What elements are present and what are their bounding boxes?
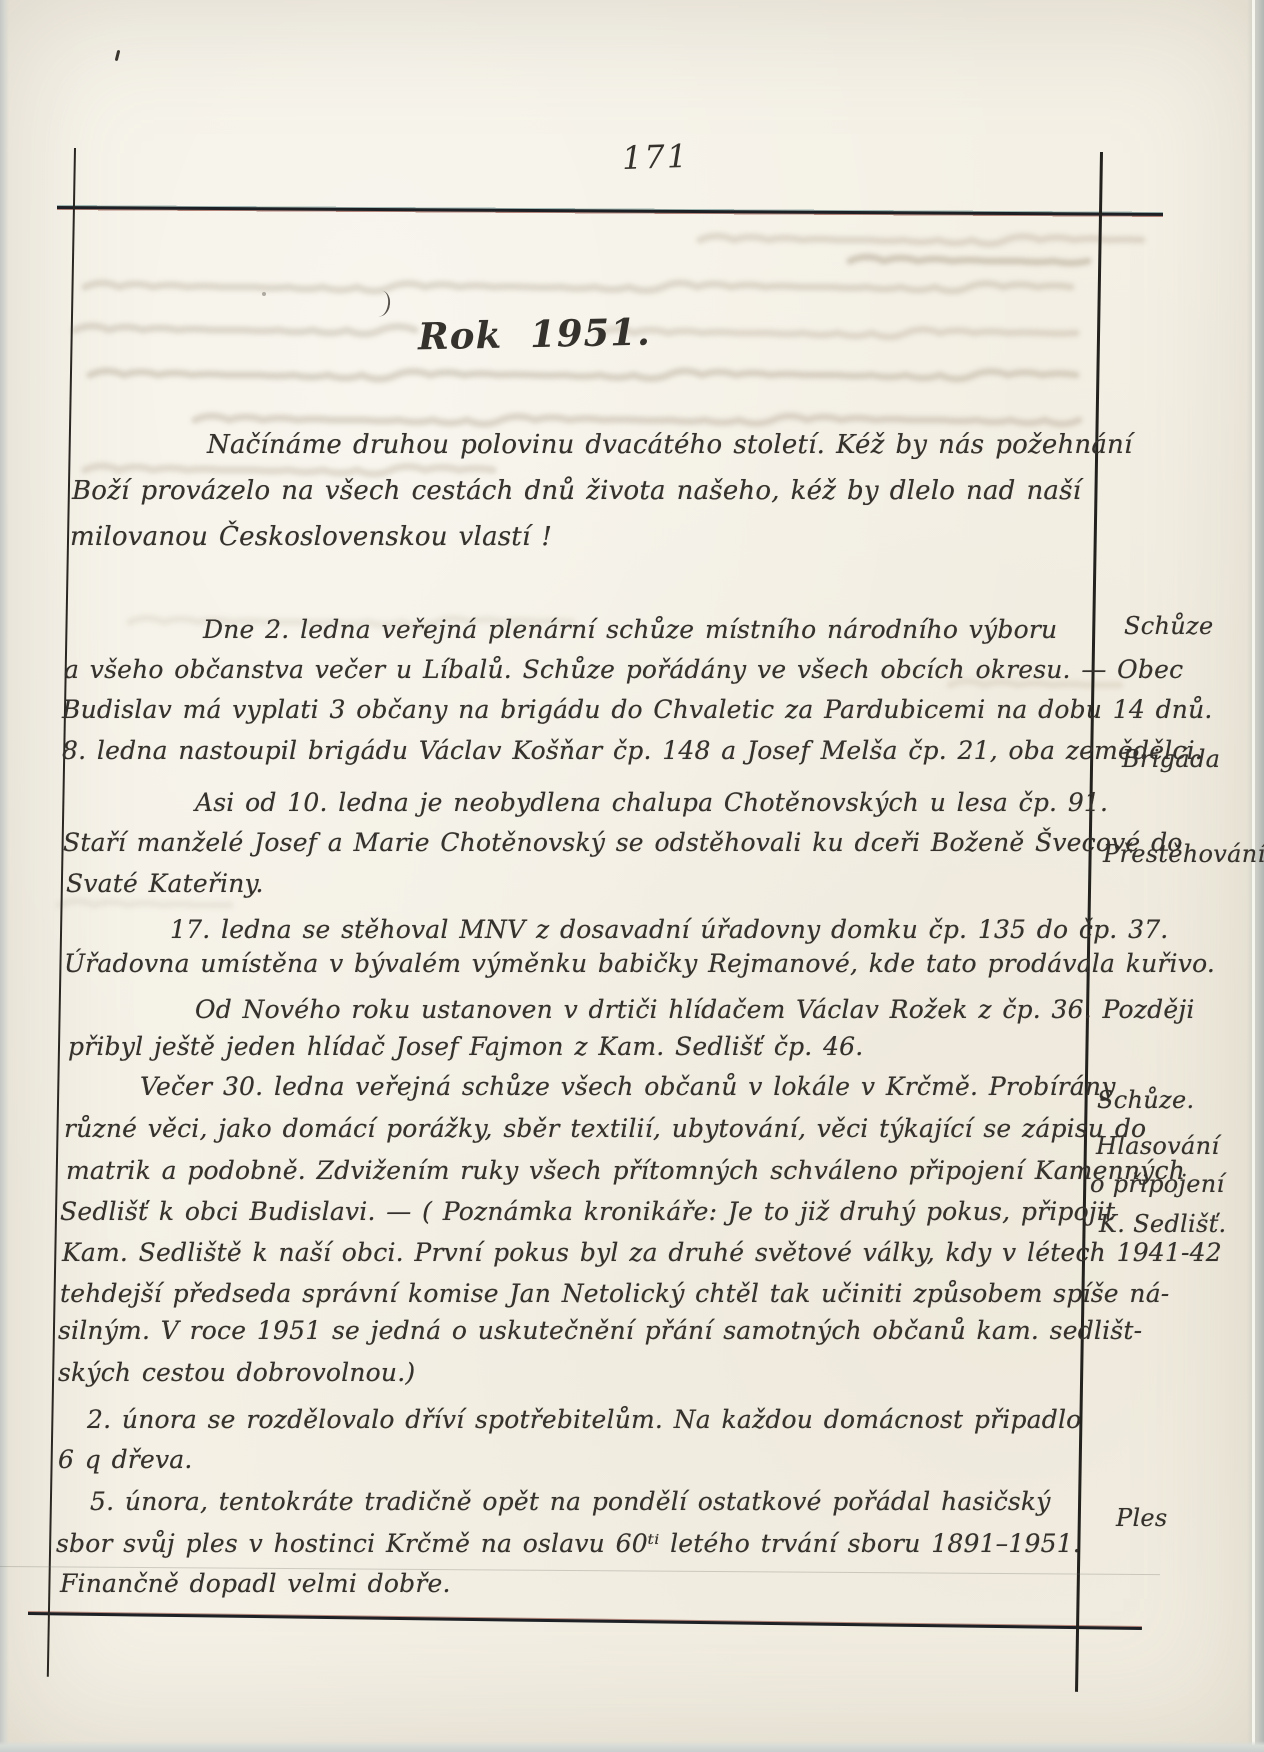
handwritten-line: 5. února, tentokráte tradičně opět na po… [90, 1487, 1051, 1517]
bleed-through-stroke [850, 257, 1088, 263]
frame-rule-bottom [28, 1612, 1142, 1630]
margin-note: Přestěhování [1103, 840, 1264, 868]
bleed-through-stroke [700, 236, 1142, 244]
scanned-chronicle-page: 171 Rok 1951. Načínáme druhou polovinu d… [0, 0, 1264, 1752]
stray-ink-mark [115, 50, 121, 61]
margin-note: Ples [1116, 1504, 1168, 1532]
handwritten-line: Staří manželé Josef a Marie Chotěnovský … [63, 828, 1183, 858]
margin-note: Schůze [1124, 612, 1213, 640]
stray-ink-mark [262, 292, 266, 296]
margin-note: o připojení [1090, 1170, 1224, 1198]
frame-rule-top [57, 206, 1163, 216]
handwritten-line: Boží provázelo na všech cestách dnů živo… [72, 476, 1081, 506]
handwritten-line: různé věci, jako domácí porážky, sběr te… [64, 1114, 1146, 1144]
stray-ink-mark [376, 290, 392, 317]
bleed-through-stroke [600, 329, 1076, 337]
handwritten-line: a všeho občanstva večer u Líbalů. Schůze… [64, 655, 1183, 685]
scan-edge-right [1247, 0, 1264, 1752]
handwritten-line: milovanou Československou vlastí ! [70, 522, 552, 552]
margin-note: Schůze. [1097, 1086, 1194, 1114]
handwritten-line: Úřadovna umístěna v bývalém výměnku babi… [64, 949, 1215, 979]
handwritten-line: Kam. Sedliště k naší obci. První pokus b… [62, 1238, 1222, 1268]
handwritten-line: Finančně dopadl velmi dobře. [60, 1569, 451, 1599]
handwritten-line: přibyl ještě jeden hlídač Josef Fajmon z… [68, 1032, 863, 1062]
handwritten-line: Svaté Kateřiny. [66, 869, 264, 899]
handwritten-line: silným. V roce 1951 se jedná o uskutečně… [58, 1316, 1142, 1346]
bleed-through-stroke [60, 901, 230, 905]
handwritten-line: Sedlišť k obci Budislavi. — ( Poznámka k… [60, 1197, 1115, 1227]
handwritten-line: Budislav má vyplati 3 občany na brigádu … [62, 695, 1213, 725]
handwritten-line: matrik a podobně. Zdvižením ruky všech p… [66, 1156, 1185, 1186]
handwritten-line: Od Nového roku ustanoven v drtiči hlídač… [195, 995, 1195, 1025]
handwritten-line: 2. února se rozdělovalo dříví spotřebite… [87, 1405, 1081, 1435]
bleed-through-stroke [85, 466, 493, 474]
scan-edge-left [0, 0, 9, 1752]
margin-note: K. Sedlišť. [1099, 1210, 1226, 1238]
margin-note: Hlasování [1096, 1132, 1219, 1160]
handwritten-line: 17. ledna se stěhoval MNV z dosavadní úř… [170, 915, 1168, 945]
bleed-through-stroke [90, 371, 1076, 379]
handwritten-line: Večer 30. ledna veřejná schůze všech obč… [140, 1072, 1116, 1102]
handwritten-line: sbor svůj ples v hostinci Krčmě na oslav… [56, 1529, 1081, 1559]
paper-edge-highlight [1252, 0, 1255, 1752]
handwritten-line: 8. ledna nastoupil brigádu Václav Košňar… [62, 736, 1203, 766]
handwritten-line: Dne 2. ledna veřejná plenární schůze mís… [203, 615, 1057, 645]
page-number: 171 [621, 137, 689, 177]
bleed-through-stroke [195, 416, 1079, 424]
margin-note: Brigáda [1122, 745, 1220, 773]
year-heading: Rok 1951. [418, 310, 652, 359]
handwritten-line: Asi od 10. ledna je neobydlena chalupa C… [195, 788, 1108, 818]
handwritten-line: tehdejší předseda správní komise Jan Net… [60, 1279, 1169, 1309]
handwritten-line: ských cestou dobrovolnou.) [58, 1358, 415, 1388]
handwritten-line: Načínáme druhou polovinu dvacátého stole… [207, 430, 1133, 460]
handwritten-line: 6 q dřeva. [58, 1445, 193, 1475]
bleed-through-stroke [85, 283, 1071, 291]
scan-edge-bottom [0, 1741, 1264, 1752]
bleed-through-stroke [75, 326, 415, 334]
